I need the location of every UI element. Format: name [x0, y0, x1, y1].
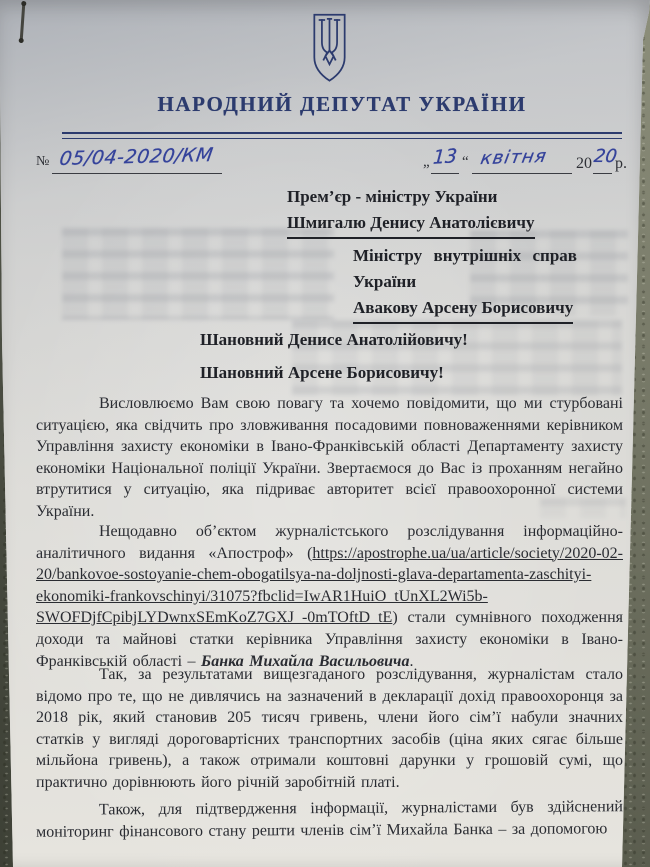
date-day-handwritten: 13 [432, 145, 458, 169]
staple [20, 3, 25, 41]
letter-content: НАРОДНИЙ ДЕПУТАТ УКРАЇНИ № 05/04-2020/КМ… [0, 0, 650, 867]
recipient-interior-minister: Міністру внутрішніх справ України Аваков… [353, 243, 577, 324]
recipient-name-underlined: Шмигалю Денису Анатолієвичу [287, 210, 535, 239]
recipient-name-underlined: Авакову Арсену Борисовичу [353, 295, 573, 324]
recipient-title-line: Прем’єр - міністру України [287, 184, 535, 210]
letterhead-divider [62, 132, 622, 139]
recipient-word: справ [533, 243, 577, 269]
salutation-arsen: Шановний Арсене Борисовичу! [200, 363, 444, 383]
salutation-denys: Шановний Денисе Анатолійовичу! [200, 330, 468, 350]
paragraph-monitoring: Також, для підтвердження інформації, жур… [36, 796, 623, 843]
reference-number-label: № [36, 154, 49, 170]
recipient-word: Міністру [353, 243, 422, 269]
recipient-word: внутрішніх [434, 243, 522, 269]
reference-number-handwritten: 05/04-2020/КМ [58, 144, 215, 170]
recipient-prime-minister: Прем’єр - міністру України Шмигалю Денис… [287, 184, 535, 239]
paragraph-investigation: Нещодавно об’єктом журналістського розсл… [36, 521, 623, 672]
letterhead-title: НАРОДНИЙ ДЕПУТАТ УКРАЇНИ [62, 92, 622, 117]
date-quote-close: “ [462, 154, 469, 171]
recipient-title-line: Міністру внутрішніх справ [353, 243, 577, 269]
date-year-suffix: р. [615, 155, 627, 173]
date-month-handwritten: квітня [479, 146, 549, 169]
date-year-printed: 20 [576, 155, 592, 173]
recipient-country-line: України [353, 269, 577, 295]
paragraph-declaration-findings: Так, за результатами вищезгаданого розсл… [36, 664, 623, 794]
document-photo: НАРОДНИЙ ДЕПУТАТ УКРАЇНИ № 05/04-2020/КМ… [0, 0, 650, 867]
paragraph-concern: Висловлюємо Вам свою повагу та хочемо по… [36, 393, 623, 523]
ukraine-trident-emblem-icon [311, 13, 348, 83]
date-quote-open: „ [423, 154, 430, 171]
